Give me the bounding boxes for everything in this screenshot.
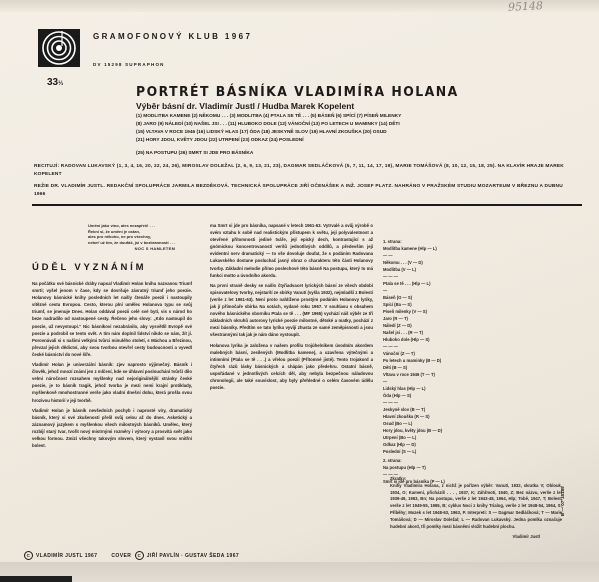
contents-item: Hluboko dole (Hlp — S): [383, 336, 503, 343]
contents-item: Náledí (Z — D): [383, 322, 503, 329]
side1-header: 1. strana:: [383, 238, 503, 245]
essay-column-2: ma Smrt si jde pro básníka, napsané v le…: [210, 222, 373, 562]
side1-items: Modlitba kamene (Hlp — L)— —Někomu . . .…: [383, 245, 503, 455]
contents-item: Jaro (R — T): [383, 315, 503, 322]
contents-item: Po letech u maminky (B — D): [383, 357, 503, 364]
essay-paragraph: Holanova lyrika je založena v našem prof…: [210, 342, 373, 392]
contents-item: Óda (Hlp — S): [383, 392, 503, 399]
contents-item: Ptala se tě . . . (Hlp — L): [383, 280, 503, 287]
contents-item: Báseň (O — S): [383, 294, 503, 301]
speed-value: 33: [47, 77, 58, 88]
contents-item: — — —: [383, 343, 503, 350]
contents-item: Děti (B — S): [383, 364, 503, 371]
track-line: (8) JARO (9) NÁLEDÍ (10) NAŠEL JSI . . .…: [136, 121, 436, 129]
essay-paragraph: Vladimír Holan je básník nevšedních poch…: [32, 407, 192, 450]
credits: RECITUJÍ: RADOVAN LUKAVSKÝ (1, 3, 4, 16,…: [34, 163, 574, 203]
copyright-author-text: VLADIMÍR JUSTL 1967: [36, 553, 97, 559]
playback-speed: 33⅓: [47, 77, 63, 88]
track-list: (1) MODLITBA KAMENE (2) NĚKOMU . . . (3)…: [136, 113, 436, 158]
epigraph-line: nebeť už tím, že doufáš, jsi v bezbranno…: [88, 240, 175, 246]
copyright-cover: COVER CJIŘÍ PAVLÍN · GUSTAV ŠEDA 1967: [111, 551, 239, 560]
contents-item: Modlitba kamene (Hlp — L): [383, 245, 503, 252]
label-name: GRAMOFONOVÝ KLUB 1967: [93, 32, 252, 41]
copyright-footer: CVLADIMÍR JUSTL 1967 COVER CJIŘÍ PAVLÍN …: [24, 551, 239, 560]
cover-label: COVER: [111, 553, 131, 559]
essay-heading: ÚDĚL VYZNÁNÍM: [32, 262, 146, 273]
copyright-icon: C: [24, 551, 33, 560]
contents-item: Píseň milenky (V — S): [383, 308, 503, 315]
epigraph-source: NOC S HAMLETEM: [88, 246, 175, 252]
essay-paragraph: Vladimír Holan je univerzální básník: zj…: [32, 361, 192, 404]
contents-item: Modlitba (V — L): [383, 266, 503, 273]
catalog-line: DV 15298 SUPRAPHON: [93, 62, 165, 67]
copyright-icon: C: [135, 551, 144, 560]
notes-signature: Vladimír Justl: [390, 534, 562, 541]
contents-item: Na postupu (Hlp — T): [383, 464, 503, 471]
copyright-cover-text: JIŘÍ PAVLÍN · GUSTAV ŠEDA 1967: [147, 553, 239, 559]
notes-header: Zkratky:: [390, 476, 562, 483]
contents-item: Spící (Ba — S): [383, 301, 503, 308]
album-subtitle: Výběr básní dr. Vladimír Justl / Hudba M…: [136, 101, 354, 111]
gramofonovy-klub-spiral-logo-icon: [38, 29, 80, 67]
contents-item: Našel jsi . . . (R — T): [383, 329, 503, 336]
handwritten-catalog-number: 95148: [508, 0, 544, 14]
essay-column-1: Na počátku své básnické dráhy napsal Vla…: [32, 280, 192, 520]
contents-item: Vltava v roce 1946 (T — T): [383, 371, 503, 378]
track-line: (15) VLTAVA V ROCE 1946 (16) LIDSKÝ HLAS…: [136, 129, 436, 137]
contents-item: Vánoční (Z — T): [383, 350, 503, 357]
contents-item: Poslední (S — L): [383, 448, 503, 455]
contents-item: Jeskyně slov (B — T): [383, 406, 503, 413]
contents-item: —: [383, 378, 503, 385]
epigraph: Umění jako víno, ales nezapřeš! . . . Ře…: [88, 223, 175, 252]
contents-item: Lidský hlas (Hlp — L): [383, 385, 503, 392]
contents-item: — —: [383, 252, 503, 259]
performers-credit: RECITUJÍ: RADOVAN LUKAVSKÝ (1, 3, 4, 16,…: [34, 163, 574, 179]
contents-item: Hlavní zkouška (R — S): [383, 413, 503, 420]
copyright-author: CVLADIMÍR JUSTL 1967: [24, 551, 97, 560]
contents-item: — — —: [383, 273, 503, 280]
record-sleeve-back: 95148 GRAMOFONOVÝ KLUB 1967 DV 15298 SUP…: [0, 0, 599, 582]
track-line: (21) HORY JDOU, KVĚTY JDOU (22) UTRPENÍ …: [136, 137, 436, 145]
album-title: PORTRÉT BÁSNÍKA VLADIMÍRA HOLANA: [136, 84, 459, 100]
side2-header: 2. strana:: [383, 457, 503, 464]
essay-paragraph: Na první straně desky se našlo čtyřiadva…: [210, 282, 373, 339]
speed-fraction: ⅓: [58, 81, 63, 87]
track-line-side2: (25) NA POSTUPU (26) SMRT SI JDE PRO BÁS…: [136, 150, 436, 158]
production-credit: REŽIE DR. VLADIMÍR JUSTL. REDAKČNÍ SPOLU…: [34, 183, 574, 199]
divider-rule: [32, 204, 582, 206]
contents-item: Někomu . . . (V — D): [383, 259, 503, 266]
bottom-fold: [0, 562, 599, 582]
contents-list: 1. strana: Modlitba kamene (Hlp — L)— —N…: [383, 236, 503, 485]
essay-paragraph: ma Smrt si jde pro básníka, napsané v le…: [210, 222, 373, 279]
essay-paragraph: Na počátku své básnické dráhy napsal Vla…: [32, 280, 192, 358]
contents-item: —: [383, 287, 503, 294]
contents-item: Hory jdou, květy jdou (B — D): [383, 427, 503, 434]
contents-item: Osud (Bo — L): [383, 420, 503, 427]
matrix-code: B — 07°18185: [560, 486, 565, 516]
contents-item: Utrpení (Bo — L): [383, 434, 503, 441]
abbreviations-notes: Zkratky: Knihy Vladimíra Holana, z nichž…: [390, 476, 562, 541]
track-line: (1) MODLITBA KAMENE (2) NĚKOMU . . . (3)…: [136, 113, 436, 121]
notes-text: Knihy Vladimíra Holana, z nichž je poříz…: [390, 483, 562, 531]
contents-item: Odkaz (Hlp — D): [383, 441, 503, 448]
contents-item: — — —: [383, 399, 503, 406]
bottom-shadow: [0, 576, 72, 582]
